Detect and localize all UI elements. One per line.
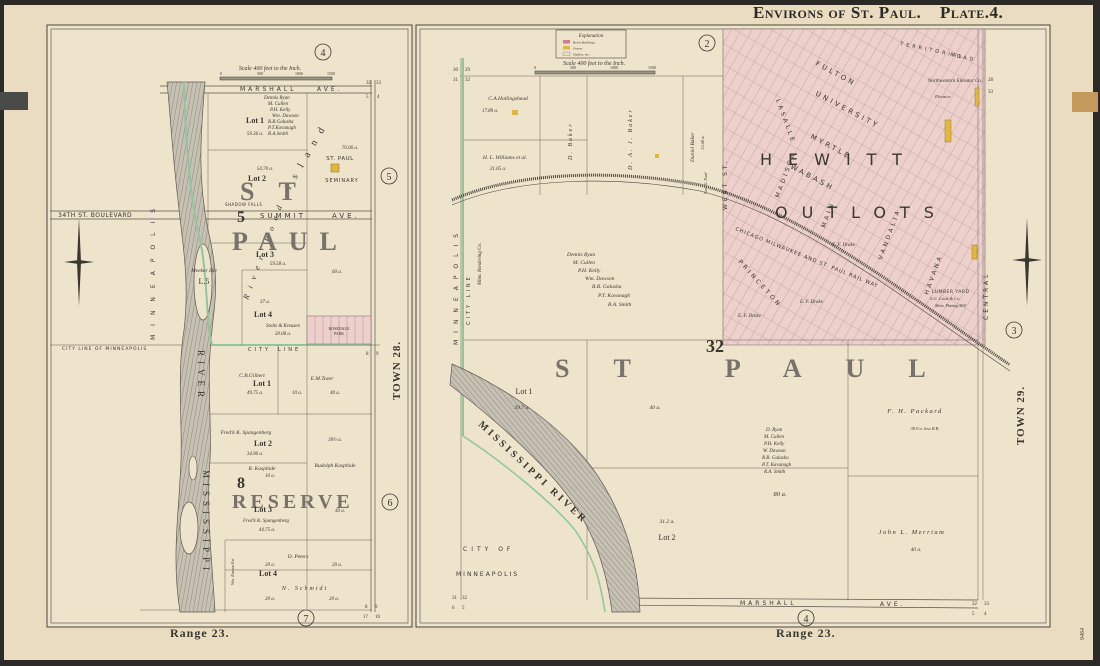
town-29-label: TOWN 29. — [1015, 386, 1027, 445]
map-label: 0 — [534, 65, 536, 70]
legend-title: Explanation — [578, 34, 604, 39]
map-label: 39.7 a. — [513, 405, 529, 411]
map-label: Fred'k K. Spangenberg — [220, 430, 272, 436]
map-label: 10 a. — [292, 391, 302, 396]
map-label: Lot 1 — [515, 387, 532, 396]
map-label: 13.40 a. — [700, 135, 705, 150]
map-label: Minn. Rendering Co. — [478, 243, 483, 286]
map-label: 20 a. — [332, 563, 342, 568]
map-label: M. Cullen — [763, 435, 784, 440]
map-label: 39.9 a. less R.R. — [910, 426, 939, 431]
map-label: 30 — [453, 68, 459, 73]
map-label: Wm. Kasson Est. — [230, 558, 235, 585]
river-vertical-label: RIVER — [196, 350, 206, 402]
map-label: 33 — [376, 81, 382, 86]
map-label: R.A.Smith — [267, 132, 288, 137]
map-label: 59.36 a. — [247, 132, 263, 137]
map-label: Daniel Baker — [690, 132, 696, 163]
map-label: D. A. J. Baker — [628, 108, 634, 171]
map-label: 6 — [388, 498, 393, 509]
map-label: 32 — [462, 596, 468, 601]
map-label: R.A. Smith — [763, 470, 786, 475]
map-label: Lot 1 — [246, 116, 264, 125]
map-label: Dennis Ryan — [263, 96, 290, 101]
range-23-label-left: Range 23. — [170, 626, 230, 640]
map-label: F. H. Packard — [886, 408, 943, 415]
map-label: P.H. Kelly — [577, 268, 601, 274]
map-label: 10 a. — [265, 474, 275, 479]
map-label: Minn. Planing Mill — [934, 303, 967, 308]
map-label: 29 — [465, 68, 471, 73]
map-label: CITY LINE — [466, 274, 472, 325]
map-label: E. F. Drake — [737, 314, 762, 319]
map-label: 32 — [972, 602, 978, 607]
map-label: 80 a. — [774, 491, 787, 498]
map-label: R.B. Galusha — [761, 456, 789, 461]
map-label: John L. Merriam — [879, 529, 946, 536]
map-label: 33 — [988, 90, 994, 95]
map-label: P.T. Kavanagh — [597, 293, 630, 299]
map-label: P.H. Kelly — [763, 442, 785, 447]
map-label: D. Ryan — [765, 428, 783, 433]
map-label: E. F. Drake — [799, 300, 824, 305]
city-of-label: CITY OF — [463, 546, 514, 553]
map-label: P.H. Kelly — [269, 108, 291, 113]
map-label: Geo. G. Ford — [703, 172, 708, 194]
map-label: 39½ a. — [328, 438, 342, 443]
legend: Explanation Brick Buildings Frame Stable… — [556, 30, 626, 58]
summit-ave-label: SUMMIT — [260, 212, 306, 220]
map-label: 40 a. — [911, 546, 922, 553]
map-label: Lot 3 — [254, 505, 272, 514]
map-label: 60 a. — [332, 270, 342, 275]
map-label: Stolts & Kreuzen — [266, 324, 300, 329]
map-label: 500 — [570, 65, 576, 70]
map-label: LUMBER YARD — [932, 289, 970, 295]
map-label: CITY — [248, 347, 271, 353]
map-label: C.A.Hollingshead — [488, 96, 528, 102]
map-label: MISSISSIPPI — [201, 470, 211, 575]
map-label: M. Cullen — [572, 260, 595, 266]
map-label: Dennis Ryan — [566, 252, 595, 258]
map-label: 1500 — [327, 71, 335, 76]
minneapolis-vertical-right: MINNEAPOLIS — [453, 227, 460, 345]
paul-big-label: PAUL — [232, 227, 349, 256]
map-label: R.B. Galusha — [591, 284, 622, 290]
map-label: 5 — [237, 209, 245, 226]
map-label: D. Baker — [568, 122, 574, 161]
map-label: Wm. Dawson — [585, 276, 615, 282]
map-label: R.A. Smith — [607, 302, 632, 308]
map-label: SHADOW FALLS — [225, 202, 262, 207]
map-label: 1000 — [295, 71, 303, 76]
map-label: 20 a. — [329, 597, 339, 602]
map-label: S.G. Cook & Co. — [930, 296, 961, 301]
map-label: H. L. Williams et al. — [482, 155, 527, 161]
map-label: Lot 2 — [248, 174, 266, 183]
map-label: Lot 4 — [259, 569, 277, 578]
map-label: 76.06 a. — [342, 146, 358, 151]
map-label: 32 — [366, 81, 372, 86]
map-label: P.T.Kavanagh — [267, 126, 296, 131]
seminary-building — [331, 164, 339, 172]
map-label: 40 a. — [650, 404, 661, 411]
left-scale-label: Scale 400 feet to the Inch. — [239, 65, 301, 72]
map-canvas: Scale 400 feet to the Inch. 0 500 1000 1… — [0, 0, 1100, 666]
map-label: 3 — [1012, 326, 1017, 337]
map-label: AVE. — [317, 86, 343, 93]
map-label: D. Peters — [287, 554, 309, 560]
map-label: 17 — [363, 615, 369, 620]
map-label: ST. PAUL — [326, 156, 354, 162]
map-label: 37 a. — [260, 300, 270, 305]
map-label: 31.2 a. — [658, 519, 674, 525]
map-label: 59.58 a. — [270, 262, 286, 267]
hewitt-label: HEWITT — [760, 150, 918, 169]
map-label: 49.75 a. — [247, 391, 263, 396]
map-label: Elevator — [934, 94, 951, 99]
range-23-label-right: Range 23. — [776, 626, 836, 640]
map-label: 4 — [804, 614, 809, 625]
map-label: L.5 — [199, 277, 210, 286]
boulevard-label: 34TH ST. BOULEVARD — [58, 212, 132, 219]
map-label: 1500 — [648, 65, 656, 70]
map-label: 31 — [453, 78, 459, 83]
map-label: M. Cullen — [267, 102, 288, 107]
map-label: LINE — [278, 347, 301, 353]
map-label: Wm. Dawson — [272, 114, 299, 119]
map-label: 44.75 a. — [259, 528, 275, 533]
map-label: Lot 2 — [658, 533, 675, 542]
marshall-ave-label-left: MARSHALL — [240, 86, 297, 93]
map-label: 1000 — [610, 65, 618, 70]
map-label: Meeker Isle — [190, 268, 217, 274]
outlots-label: OUTLOTS — [775, 203, 948, 222]
map-label: 20.08 a. — [275, 332, 291, 337]
map-label: 20 a. — [265, 563, 275, 568]
map-label: Lot 2 — [254, 439, 272, 448]
map-label: AVE. — [880, 601, 906, 608]
map-label: Northwestern Elevator Co. — [927, 79, 982, 84]
catalog-note: 9464 — [1079, 628, 1086, 640]
minneapolis-vertical-label: MINNEAPOLIS — [150, 200, 157, 340]
map-label: Frame — [572, 47, 583, 51]
map-label: 54.70 a. — [257, 167, 273, 172]
map-label: 8 — [237, 475, 245, 492]
map-label: Lot 4 — [254, 310, 272, 319]
map-label: 34.90 a. — [247, 452, 263, 457]
st-paul-big-label: ST PAUL — [555, 354, 970, 383]
map-label: 2 — [705, 39, 710, 50]
town-28-label: TOWN 28. — [391, 341, 403, 400]
map-label: 32 — [706, 336, 724, 356]
map-label: 0 — [220, 71, 222, 76]
map-label: N. Schmidt — [281, 586, 328, 592]
map-label: 500 — [257, 71, 263, 76]
marshall-ave-label-right: MARSHALL — [740, 600, 797, 607]
map-label: 17.89 a. — [482, 109, 498, 114]
map-label: 4 — [321, 48, 326, 59]
map-label: 31 — [452, 596, 458, 601]
map-label: R. Kasphide — [248, 466, 276, 472]
city-line-label: CITY LINE OF MINNEAPOLIS — [62, 346, 147, 352]
map-label: Rudolph Kasphide — [314, 463, 356, 469]
map-label: 32 — [465, 78, 471, 83]
map-label: WEST ST. — [722, 158, 729, 210]
map-label: 16 — [375, 615, 381, 620]
map-label: 40 a. — [335, 509, 345, 514]
map-label: 20 a. — [265, 597, 275, 602]
map-label: E. F. Drake — [831, 243, 856, 248]
map-label: 33 — [984, 602, 990, 607]
map-label: SEMINARY — [325, 178, 359, 184]
map-label: 21.05 a. — [490, 167, 506, 172]
map-label: Lot 1 — [253, 379, 271, 388]
map-label: R.B.Galusha — [267, 120, 294, 125]
minneapolis-city-label: MINNEAPOLIS — [456, 571, 519, 578]
map-label: 40 a. — [330, 391, 340, 396]
map-label: Brick Buildings — [573, 41, 596, 45]
map-label: PARK — [334, 331, 344, 336]
map-label: Lot 3 — [256, 250, 274, 259]
map-label: 28 — [988, 78, 994, 83]
map-label: Fred'k K. Spangenberg — [242, 519, 290, 524]
map-label: E.M.Tozer — [310, 376, 335, 382]
map-label: W. Dawson — [763, 449, 786, 454]
map-label: 7 — [304, 614, 309, 625]
map-label: CENTRAL — [983, 271, 990, 320]
map-label: AVE. — [332, 212, 360, 220]
map-label: 5 — [387, 172, 392, 183]
map-label: P.T. Kavanagh — [761, 463, 792, 468]
